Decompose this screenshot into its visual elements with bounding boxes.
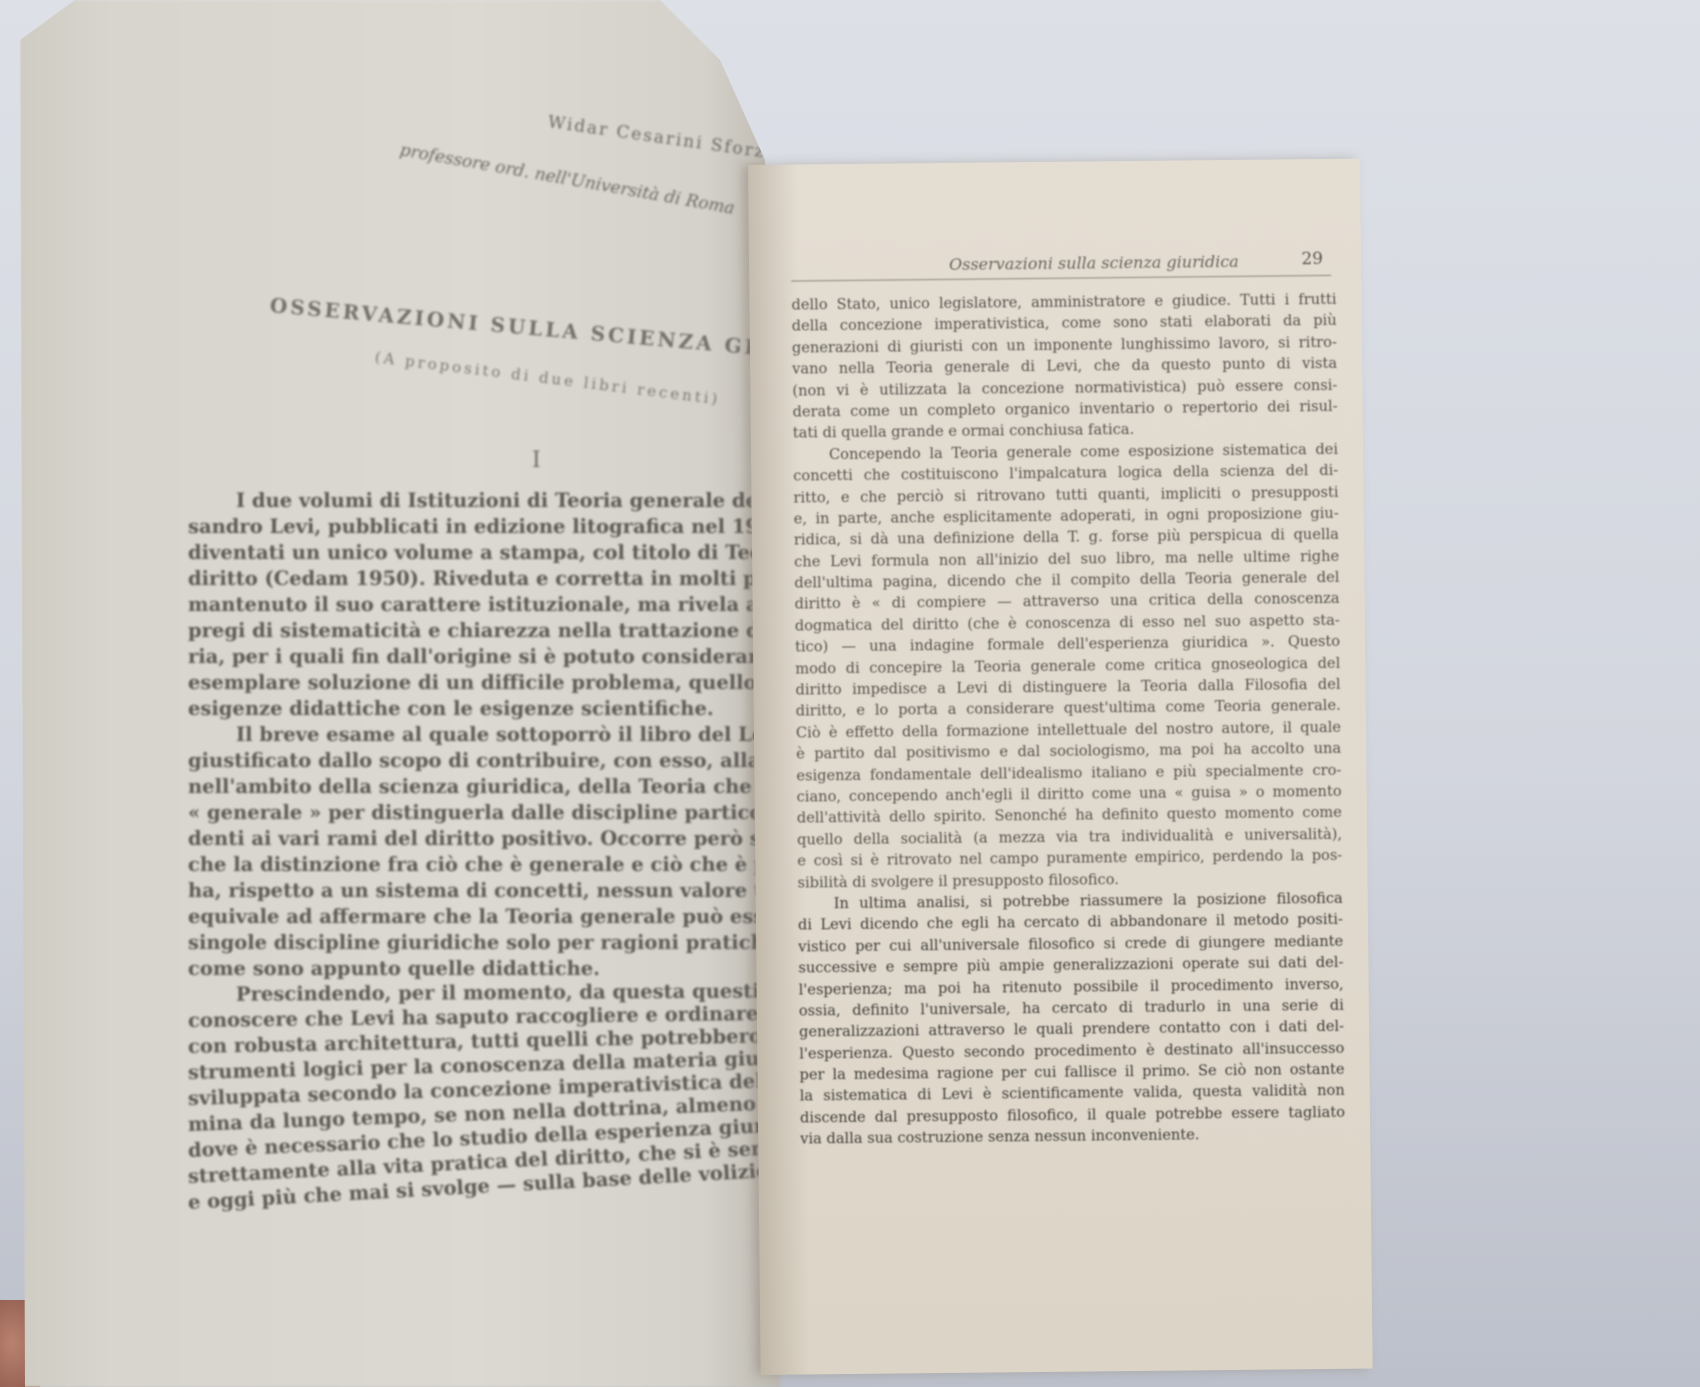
- text-line: che la distinzione fra ciò che è general…: [188, 852, 788, 878]
- text-line: giustificato dallo scopo di contribuire,…: [188, 748, 788, 774]
- text-line: ria, per i quali fin dall'origine si è p…: [188, 644, 788, 670]
- text-line: pregi di sistematicità e chiarezza nella…: [188, 618, 788, 644]
- text-line: I due volumi di Istituzioni di Teoria ge…: [188, 488, 788, 514]
- text-line: sandro Levi, pubblicati in edizione lito…: [188, 514, 788, 540]
- text-line: diritto (Cedam 1950). Riveduta e corrett…: [188, 566, 788, 592]
- right-page-body: dello Stato, unico legislatore, amminist…: [791, 289, 1345, 1150]
- left-page: Widar Cesarini Sforza professore ord. ne…: [20, 0, 780, 1387]
- running-title: Osservazioni sulla scienza giuridica: [949, 252, 1239, 274]
- text-line: diventati un unico volume a stampa, col …: [188, 540, 788, 566]
- text-line: « generale » per distinguerla dalle disc…: [188, 800, 788, 826]
- text-line: esigenze didattiche con le esigenze scie…: [188, 696, 788, 722]
- text-line: ha, rispetto a un sistema di concetti, n…: [188, 878, 788, 904]
- right-page: Osservazioni sulla scienza giuridica 29 …: [748, 159, 1373, 1375]
- text-line: esemplare soluzione di un difficile prob…: [188, 670, 788, 696]
- left-page-body: I due volumi di Istituzioni di Teoria ge…: [188, 488, 788, 1216]
- text-line: mantenuto il suo carattere istituzionale…: [188, 592, 788, 618]
- text-line: nell'ambito della scienza giuridica, del…: [188, 774, 788, 800]
- running-head: Osservazioni sulla scienza giuridica 29: [791, 251, 1331, 282]
- article-subtitle: (A proposito di due libri recenti): [374, 348, 721, 408]
- text-line: denti ai vari rami del diritto positivo.…: [188, 826, 788, 852]
- author-affiliation: professore ord. nell'Università di Roma: [398, 140, 736, 219]
- text-line: singole discipline giuridiche solo per r…: [188, 930, 788, 956]
- author-name: Widar Cesarini Sforza: [547, 112, 779, 164]
- text-line: via dalla sua costruzione senza nessun i…: [800, 1123, 1345, 1150]
- text-line: Il breve esame al quale sottoporrò il li…: [188, 722, 788, 748]
- page-number: 29: [1301, 249, 1323, 269]
- section-numeral: I: [532, 448, 541, 473]
- text-line: equivale ad affermare che la Teoria gene…: [188, 904, 788, 930]
